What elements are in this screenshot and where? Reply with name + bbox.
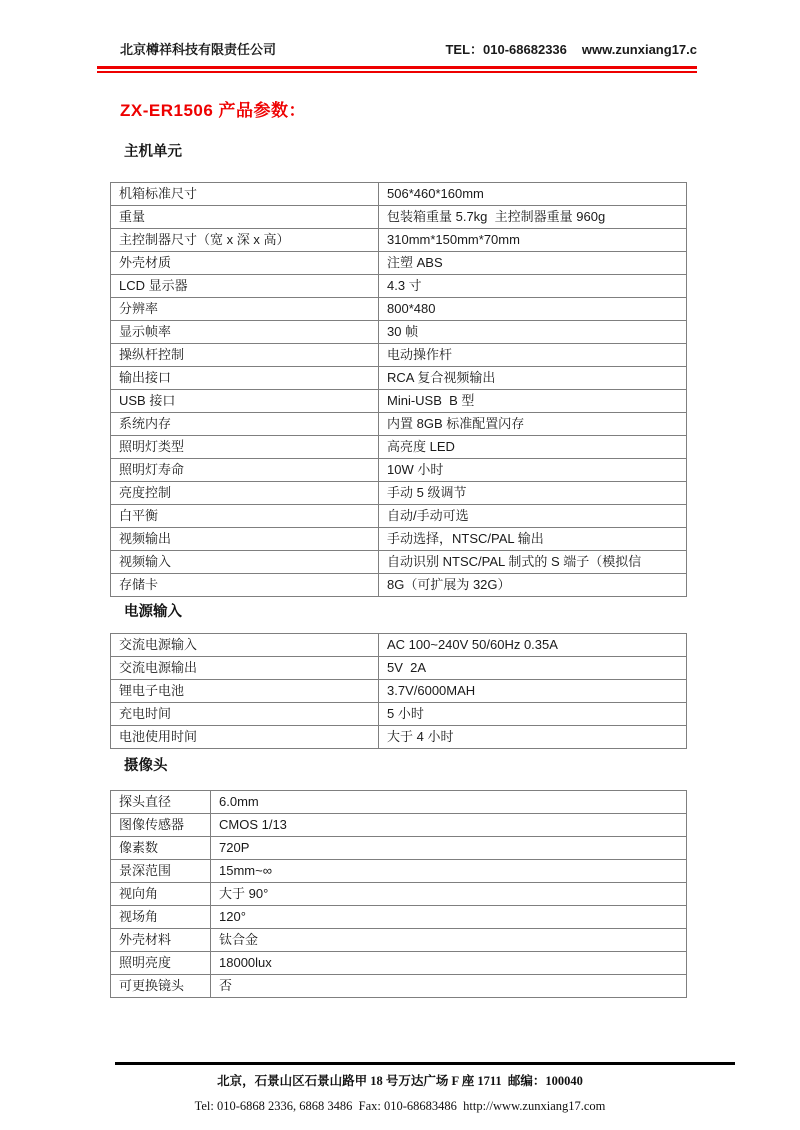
table-row: 主控制器尺寸（宽 x 深 x 高）310mm*150mm*70mm [111,229,687,252]
table-row: 显示帧率30 帧 [111,321,687,344]
spec-label: 主控制器尺寸（宽 x 深 x 高） [111,229,379,252]
table-row: 电池使用时间大于 4 小时 [111,726,687,749]
spec-value: 120° [211,906,687,929]
spec-label: 外壳材料 [111,929,211,952]
spec-label: 视频输入 [111,551,379,574]
spec-label: 显示帧率 [111,321,379,344]
spec-label: 输出接口 [111,367,379,390]
table-row: 存储卡8G（可扩展为 32G） [111,574,687,597]
spec-value: 5V 2A [379,657,687,680]
spec-value: 10W 小时 [379,459,687,482]
table-row: 视向角大于 90° [111,883,687,906]
table-row: 亮度控制手动 5 级调节 [111,482,687,505]
spec-value: 钛合金 [211,929,687,952]
spec-value: 6.0mm [211,791,687,814]
spec-label: 锂电子电池 [111,680,379,703]
spec-value: 15mm~∞ [211,860,687,883]
section-heading-power-input: 电源输入 [124,604,687,621]
spec-label: 可更换镜头 [111,975,211,998]
spec-label: 视向角 [111,883,211,906]
spec-value: Mini-USB B 型 [379,390,687,413]
table-row: 照明灯寿命10W 小时 [111,459,687,482]
spec-value: 18000lux [211,952,687,975]
table-row: 锂电子电池3.7V/6000MAH [111,680,687,703]
header-tel: TEL：010-68682336 [445,42,566,58]
table-row: 机箱标准尺寸506*460*160mm [111,183,687,206]
spec-value: 8G（可扩展为 32G） [379,574,687,597]
footer-rule [115,1062,735,1065]
spec-document-page: 北京樽祥科技有限责任公司 TEL：010-68682336 www.zunxia… [0,0,800,1130]
spec-label: 白平衡 [111,505,379,528]
spec-value: 506*460*160mm [379,183,687,206]
spec-value: CMOS 1/13 [211,814,687,837]
spec-value: 4.3 寸 [379,275,687,298]
spec-value: 大于 90° [211,883,687,906]
spec-label: 照明灯类型 [111,436,379,459]
spec-value: 包装箱重量 5.7kg 主控制器重量 960g [379,206,687,229]
spec-value: 电动操作杆 [379,344,687,367]
spec-value: 30 帧 [379,321,687,344]
table-row: 照明灯类型高亮度 LED [111,436,687,459]
header-red-rule [97,66,697,73]
spec-label: 重量 [111,206,379,229]
spec-value: 大于 4 小时 [379,726,687,749]
spec-table-main-unit: 机箱标准尺寸506*460*160mm 重量包装箱重量 5.7kg 主控制器重量… [110,182,687,597]
table-row: 探头直径6.0mm [111,791,687,814]
spec-label: 机箱标准尺寸 [111,183,379,206]
section-heading-main-unit: 主机单元 [124,144,687,161]
spec-value: 注塑 ABS [379,252,687,275]
spec-table-power-input: 交流电源输入AC 100~240V 50/60Hz 0.35A 交流电源输出5V… [110,633,687,749]
table-row: 系统内存内置 8GB 标准配置闪存 [111,413,687,436]
spec-label: 像素数 [111,837,211,860]
spec-value: 800*480 [379,298,687,321]
table-row: 操纵杆控制电动操作杆 [111,344,687,367]
spec-value: 内置 8GB 标准配置闪存 [379,413,687,436]
footer-contact: Tel: 010-6868 2336, 6868 3486 Fax: 010-6… [0,1099,800,1114]
spec-value: AC 100~240V 50/60Hz 0.35A [379,634,687,657]
spec-label: 视频输出 [111,528,379,551]
spec-value: RCA 复合视频输出 [379,367,687,390]
spec-label: 充电时间 [111,703,379,726]
company-name: 北京樽祥科技有限责任公司 [120,42,276,58]
table-row: 充电时间5 小时 [111,703,687,726]
page-header: 北京樽祥科技有限责任公司 TEL：010-68682336 www.zunxia… [97,42,697,58]
page-title: ZX-ER1506 产品参数： [120,96,306,121]
footer-address: 北京，石景山区石景山路甲 18 号万达广场 F 座 1711 邮编：100040 [0,1071,800,1089]
header-website: www.zunxiang17.c [582,42,697,58]
table-row: 分辨率800*480 [111,298,687,321]
spec-value: 高亮度 LED [379,436,687,459]
spec-table-camera: 探头直径6.0mm 图像传感器CMOS 1/13 像素数720P 景深范围15m… [110,790,687,998]
spec-label: 电池使用时间 [111,726,379,749]
spec-label: 分辨率 [111,298,379,321]
table-row: 景深范围15mm~∞ [111,860,687,883]
table-row: 视频输入自动识别 NTSC/PAL 制式的 S 端子（模拟信 [111,551,687,574]
spec-label: LCD 显示器 [111,275,379,298]
spec-value: 3.7V/6000MAH [379,680,687,703]
header-contact-group: TEL：010-68682336 www.zunxiang17.c [445,42,697,58]
table-row: 视场角120° [111,906,687,929]
spec-label: 照明灯寿命 [111,459,379,482]
table-row: USB 接口Mini-USB B 型 [111,390,687,413]
spec-value: 手动选择，NTSC/PAL 输出 [379,528,687,551]
section-heading-camera: 摄像头 [124,758,687,775]
spec-value: 5 小时 [379,703,687,726]
spec-label: 视场角 [111,906,211,929]
spec-label: 探头直径 [111,791,211,814]
spec-value: 自动识别 NTSC/PAL 制式的 S 端子（模拟信 [379,551,687,574]
table-row: 图像传感器CMOS 1/13 [111,814,687,837]
spec-label: 系统内存 [111,413,379,436]
spec-value: 否 [211,975,687,998]
spec-label: 照明亮度 [111,952,211,975]
spec-value: 手动 5 级调节 [379,482,687,505]
spec-value: 自动/手动可选 [379,505,687,528]
spec-label: 景深范围 [111,860,211,883]
table-row: 像素数720P [111,837,687,860]
spec-label: 图像传感器 [111,814,211,837]
spec-label: 交流电源输入 [111,634,379,657]
table-row: 重量包装箱重量 5.7kg 主控制器重量 960g [111,206,687,229]
spec-label: 交流电源输出 [111,657,379,680]
spec-content: 主机单元 机箱标准尺寸506*460*160mm 重量包装箱重量 5.7kg 主… [110,144,687,998]
spec-label: 操纵杆控制 [111,344,379,367]
spec-label: 亮度控制 [111,482,379,505]
spec-label: 外壳材质 [111,252,379,275]
spec-value: 720P [211,837,687,860]
table-row: 可更换镜头否 [111,975,687,998]
spec-label: USB 接口 [111,390,379,413]
table-row: LCD 显示器4.3 寸 [111,275,687,298]
table-row: 交流电源输入AC 100~240V 50/60Hz 0.35A [111,634,687,657]
table-row: 白平衡自动/手动可选 [111,505,687,528]
table-row: 输出接口RCA 复合视频输出 [111,367,687,390]
table-row: 视频输出手动选择，NTSC/PAL 输出 [111,528,687,551]
spec-label: 存储卡 [111,574,379,597]
spec-value: 310mm*150mm*70mm [379,229,687,252]
table-row: 照明亮度18000lux [111,952,687,975]
table-row: 交流电源输出5V 2A [111,657,687,680]
table-row: 外壳材料钛合金 [111,929,687,952]
table-row: 外壳材质注塑 ABS [111,252,687,275]
